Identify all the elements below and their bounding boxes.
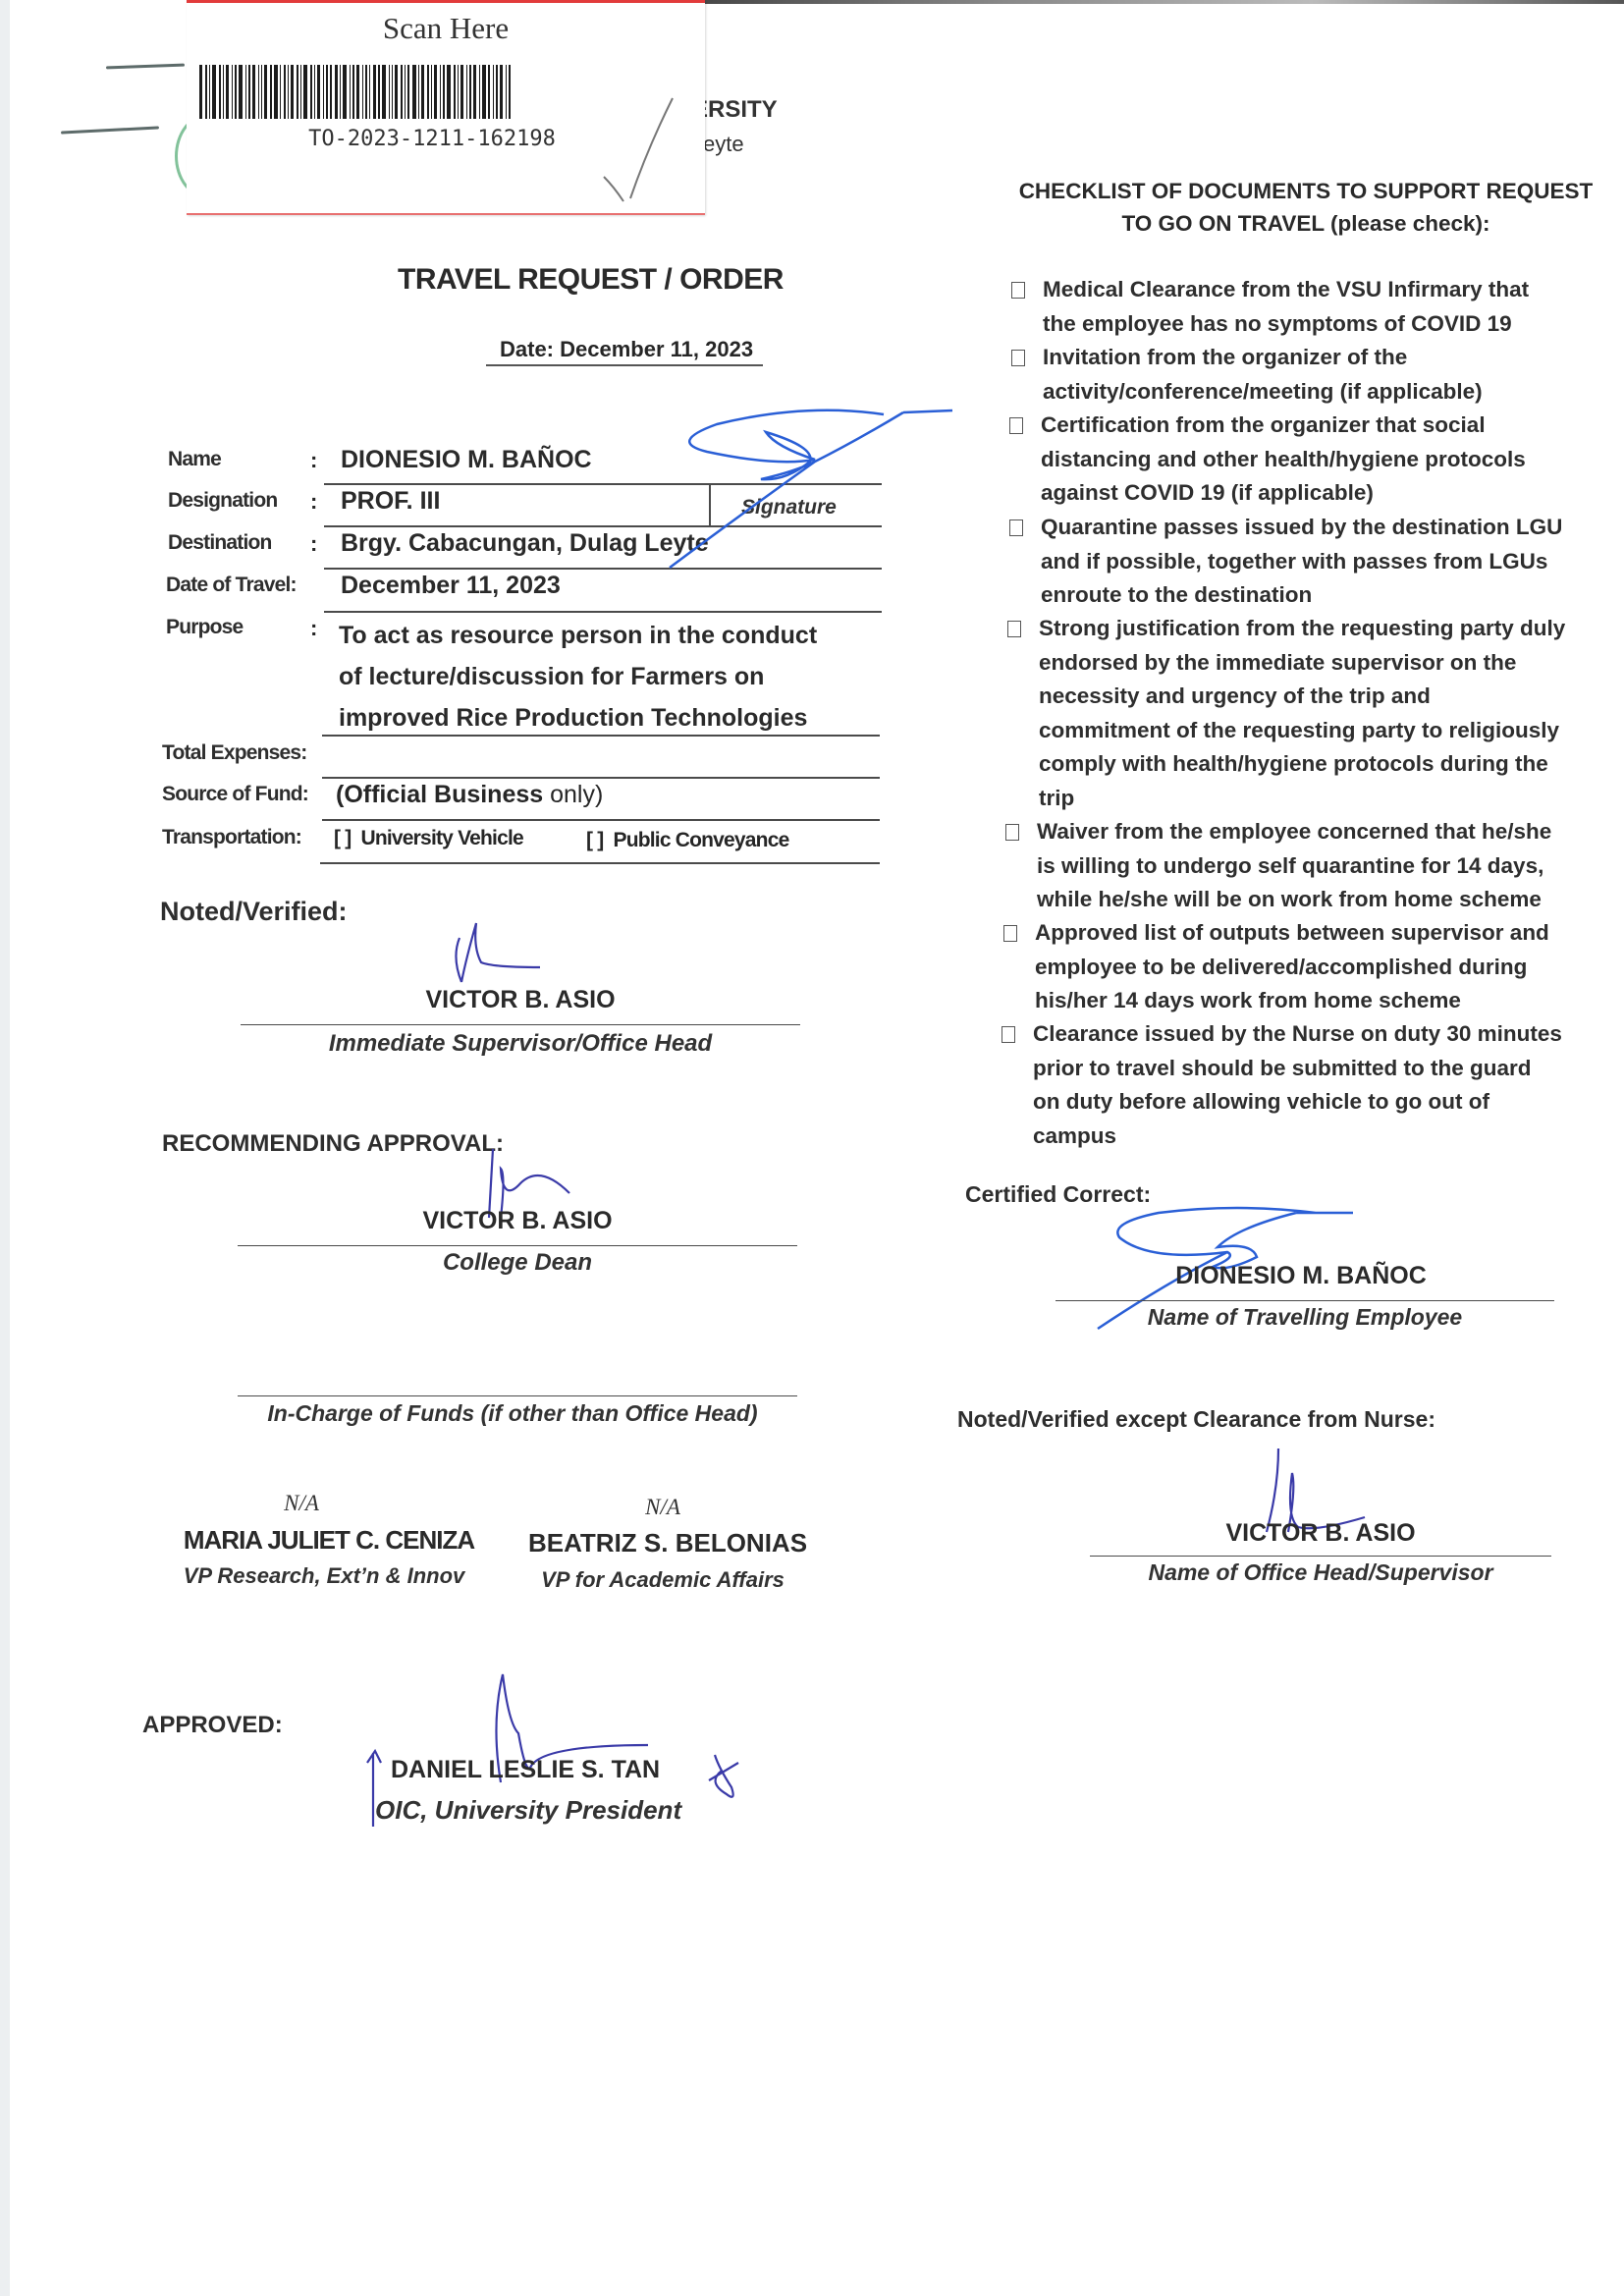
purpose-line: of lecture/discussion for Farmers on [339, 656, 817, 697]
staple-pin [106, 64, 185, 70]
vp-academic-role: VP for Academic Affairs [520, 1567, 805, 1593]
signature-line [1056, 1300, 1554, 1301]
date-of-travel-label: Date of Travel: [166, 574, 297, 597]
date-of-travel-field[interactable]: December 11, 2023 [341, 572, 561, 600]
name-label: Name [168, 448, 221, 471]
president-name: DANIEL LESLIE S. TAN [391, 1756, 660, 1784]
employee-signature [668, 393, 962, 589]
university-name: ERSITY [692, 96, 778, 124]
traveller-role: Name of Travelling Employee [1056, 1304, 1554, 1331]
field-underline [324, 568, 882, 570]
scan-label: Scan Here [187, 11, 705, 46]
approved-heading: APPROVED: [142, 1712, 283, 1739]
scan-top-edge [687, 0, 1624, 4]
barcode-icon[interactable] [199, 65, 656, 119]
date-value: December 11, 2023 [560, 337, 753, 361]
nurse-noted-heading: Noted/Verified except Clearance from Nur… [957, 1406, 1435, 1433]
field-underline [322, 819, 880, 821]
colon: : [310, 448, 317, 473]
colon: : [310, 531, 317, 557]
president-role: OIC, University President [375, 1795, 681, 1826]
page-title: TRAVEL REQUEST / ORDER [398, 263, 784, 297]
transport-option-public-conveyance[interactable]: [ ] Public Conveyance [586, 829, 788, 852]
supervisor-signature [432, 918, 550, 997]
checkbox[interactable] [1007, 621, 1021, 637]
destination-field[interactable]: Brgy. Cabacungan, Dulag Leyte [341, 529, 709, 558]
checklist-item[interactable]: Waiver from the employee concerned that … [1005, 815, 1551, 917]
signature-line [241, 1024, 800, 1025]
scan-edge-shadow [0, 0, 10, 2296]
signature-label: Signature [741, 496, 837, 519]
vp-research-name: MARIA JULIET C. CENIZA [157, 1525, 501, 1556]
designation-field[interactable]: PROF. III [341, 487, 440, 516]
destination-label: Destination [168, 531, 272, 555]
tracking-code: TO-2023-1211-162198 [187, 127, 677, 151]
checkbox[interactable]: [ ] [334, 827, 351, 849]
designation-label: Designation [168, 489, 277, 513]
signature-line [1090, 1556, 1551, 1557]
office-head-role: Name of Office Head/Supervisor [1090, 1559, 1551, 1586]
checkbox[interactable] [1005, 824, 1019, 841]
checklist-item[interactable]: Certification from the organizer that so… [1009, 409, 1526, 511]
checklist-item[interactable]: Invitation from the organizer of theacti… [1011, 341, 1483, 409]
checkbox[interactable] [1011, 282, 1025, 299]
checklist-item[interactable]: Quarantine passes issued by the destinat… [1009, 511, 1562, 613]
supervisor-role: Immediate Supervisor/Office Head [241, 1030, 800, 1058]
transportation-label: Transportation: [162, 826, 301, 849]
transport-option-university-vehicle[interactable]: [ ] University Vehicle [334, 827, 523, 850]
funds-role: In-Charge of Funds (if other than Office… [228, 1400, 797, 1427]
purpose-line: To act as resource person in the conduct [339, 615, 817, 656]
dean-name: VICTOR B. ASIO [238, 1207, 797, 1235]
vp-academic-na-mark: N/A [589, 1495, 736, 1520]
checkbox[interactable]: [ ] [586, 829, 603, 851]
colon: : [310, 489, 317, 515]
barcode-sticker[interactable]: Scan Here TO-2023-1211-162198 [187, 0, 705, 215]
checkbox[interactable] [1009, 417, 1023, 434]
traveller-name: DIONESIO M. BAÑOC [1056, 1262, 1546, 1290]
signature-line [238, 1245, 797, 1246]
purpose-label: Purpose [166, 616, 243, 639]
recommending-approval-heading: RECOMMENDING APPROVAL: [162, 1130, 504, 1158]
checkbox[interactable] [1011, 350, 1025, 366]
field-underline [324, 483, 882, 485]
certified-correct-heading: Certified Correct: [965, 1181, 1151, 1208]
vp-research-role: VP Research, Ext’n & Innov [152, 1563, 496, 1589]
purpose-line: improved Rice Production Technologies [339, 697, 817, 738]
field-underline [322, 735, 880, 737]
field-underline [324, 611, 882, 613]
vp-research-na-mark: N/A [228, 1491, 375, 1516]
total-expenses-label: Total Expenses: [162, 741, 307, 765]
colon: : [310, 616, 317, 641]
date-label: Date: [500, 337, 554, 361]
source-of-fund-field[interactable]: (Official Business only) [336, 781, 603, 809]
checklist-item[interactable]: Clearance issued by the Nurse on duty 30… [1001, 1017, 1562, 1153]
name-field[interactable]: DIONESIO M. BAÑOC [341, 446, 592, 474]
request-date: Date: December 11, 2023 [486, 337, 763, 366]
checklist-title: CHECKLIST OF DOCUMENTS TO SUPPORT REQUES… [1011, 175, 1600, 240]
checklist-item[interactable]: Medical Clearance from the VSU Infirmary… [1011, 273, 1529, 341]
field-underline [320, 862, 880, 864]
purpose-field[interactable]: To act as resource person in the conduct… [339, 615, 817, 738]
dean-role: College Dean [238, 1249, 797, 1277]
signature-line [238, 1395, 797, 1396]
checklist-item[interactable]: Approved list of outputs between supervi… [1003, 916, 1549, 1018]
vp-academic-name: BEATRIZ S. BELONIAS [525, 1528, 810, 1558]
source-of-fund-label: Source of Fund: [162, 783, 308, 806]
noted-verified-heading: Noted/Verified: [160, 897, 348, 927]
supervisor-name: VICTOR B. ASIO [241, 986, 800, 1014]
checkbox[interactable] [1009, 519, 1023, 536]
checkbox[interactable] [1003, 925, 1017, 942]
signature-divider [709, 483, 711, 526]
field-underline [322, 777, 880, 779]
checklist-item[interactable]: Strong justification from the requesting… [1007, 612, 1565, 815]
university-location: eyte [703, 132, 744, 157]
field-underline [324, 525, 882, 527]
office-head-name: VICTOR B. ASIO [1090, 1519, 1551, 1548]
checkbox[interactable] [1001, 1026, 1015, 1043]
staple-pin [61, 126, 159, 134]
